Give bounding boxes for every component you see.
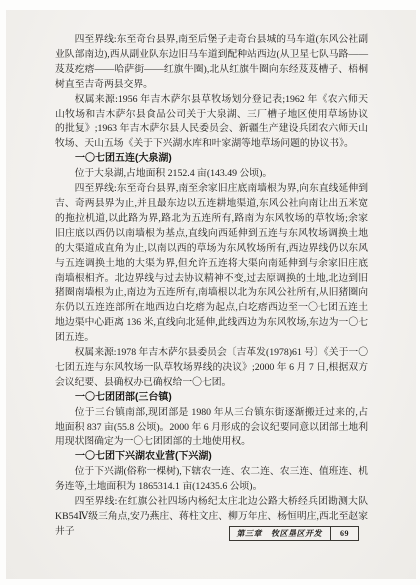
paragraph-boundary-5th-company: 四至界线:东至奇台县界,南至余家旧庄底南墙根为界,向东直线延伸到吉、奇两县界为止… — [55, 182, 368, 346]
paragraph-ownership-source-1956: 权属来源:1956 年吉木萨尔县草牧场划分登记表;1962 年《农六师天山牧场和… — [55, 93, 368, 153]
page-number: 69 — [330, 527, 358, 540]
section-heading-5th-company: 一〇七团五连(大泉湖) — [55, 152, 368, 167]
running-footer: 第三章牧区垦区开发 69 — [229, 526, 360, 541]
paragraph-location-xiaxinghu: 位于下兴湖(俗称一棵树),下辖农一连、农二连、农三连、值班连、机务连等,土地面积… — [55, 465, 368, 495]
paragraph-location-daquanhu: 位于大泉湖,占地面积 2152.4 亩(143.49 公顷)。 — [55, 167, 368, 182]
scanned-book-page: 四至界线:东至奇台县界,南至后堡子走奇台县城的马车道(东风公社副业队部南边),西… — [0, 0, 420, 585]
chapter-label: 第三章 — [237, 529, 263, 538]
paragraph-boundary-dayang: 四至界线:东至奇台县界,南至后堡子走奇台县城的马车道(东风公社副业队部南边),西… — [55, 33, 368, 93]
paragraph-location-santai: 位于三台镇南部,现团部是 1980 年从三台镇东街逐渐搬迁过来的,占地面积 83… — [55, 406, 368, 451]
paragraph-ownership-source-1978: 权属来源:1978 年吉木萨尔县委员会〔吉革发(1978)61 号〕《关于一〇七… — [55, 346, 368, 391]
footer-chapter-section: 第三章牧区垦区开发 — [230, 527, 331, 540]
section-heading-xiaxinghu-battalion: 一〇七团下兴湖农业营(下兴湖) — [55, 450, 368, 465]
section-label: 牧区垦区开发 — [271, 529, 322, 538]
section-heading-regiment-hq: 一〇七团团部(三台镇) — [55, 391, 368, 406]
page-text-column: 四至界线:东至奇台县界,南至后堡子走奇台县城的马车道(东风公社副业队部南边),西… — [55, 33, 368, 540]
